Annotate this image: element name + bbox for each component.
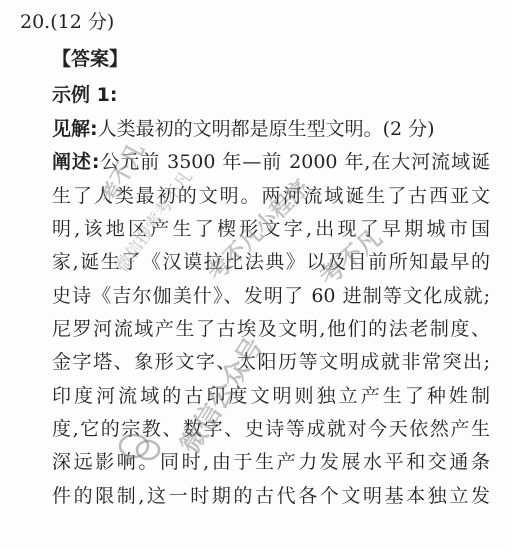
elaboration-line: 家,诞生了《汉谟拉比法典》以及目前所知最早的 — [52, 250, 490, 274]
elaboration-line: 生了人类最初的文明。两河流域诞生了古西亚文 — [52, 184, 490, 208]
elaboration-line: 度,它的宗教、数字、史诗等成就对今天依然产生 — [52, 417, 490, 441]
elaboration-line: 尼罗河流域产生了古埃及文明,他们的法老制度、 — [52, 317, 490, 341]
elaboration-line: 深远影响。同时,由于生产力发展水平和交通条 — [52, 450, 490, 474]
question-number: 20.(12 分) — [20, 10, 114, 34]
answer-heading: 【答案】 — [52, 47, 128, 71]
elaboration-line: 明,该地区产生了楔形文字,出现了早期城市国 — [52, 217, 490, 241]
viewpoint-line: 见解:人类最初的文明都是原生型文明。(2 分) — [52, 117, 435, 141]
elaboration-text: 公元前 3500 年—前 2000 年,在大河流域诞 — [99, 151, 490, 173]
example-label: 示例 1: — [52, 83, 117, 107]
elaboration-line: 史诗《吉尔伽美什》、发明了 60 进制等文化成就; — [52, 284, 490, 308]
viewpoint-text: 人类最初的文明都是原生型文明。(2 分) — [98, 118, 435, 140]
elaboration-line: 阐述:公元前 3500 年—前 2000 年,在大河流域诞 — [52, 150, 490, 174]
elaboration-line: 印度河流域的古印度文明则独立产生了种姓制 — [52, 384, 490, 408]
viewpoint-label: 见解: — [52, 118, 98, 140]
elaboration-line: 件的限制,这一时期的古代各个文明基本独立发 — [52, 484, 490, 508]
elaboration-line: 金字塔、象形文字、太阳历等文明成就非常突出; — [52, 350, 490, 374]
elaboration-label: 阐述: — [52, 151, 99, 173]
